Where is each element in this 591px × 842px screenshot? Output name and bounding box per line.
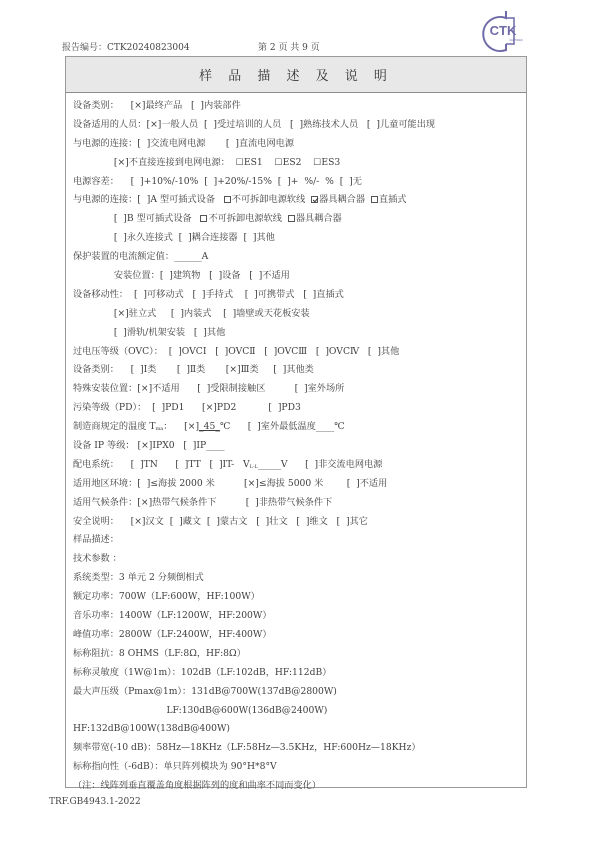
- checkbox-unchecked-icon: [200, 215, 207, 222]
- field-label: 保护装置的电流额定值：: [73, 251, 174, 262]
- row-ambient-temp: 制造商规定的温度 Tma： [×]_45_℃ [ ]室外最低温度____℃: [73, 418, 526, 437]
- report-number: 报告编号：CTK20240823004: [62, 40, 190, 53]
- row-prefix: 与电源的连接：[ ]A 型可插式设备: [73, 194, 224, 205]
- row-rated-power: 额定功率：700W（LF:600W，HF:100W）: [73, 588, 526, 607]
- row-mobility-2: [×]驻立式 [ ]内装式 [ ]墙壁或天花板安装: [73, 305, 526, 324]
- ctk-logo: CTK CERTIFIED: [480, 8, 530, 52]
- row-power-connection-type-b: [ ]B 型可插式设备 不可拆卸电源软线 器具耦合器: [73, 210, 526, 229]
- form-rows: 设备类别： [×]最终产品 [ ]内装部件 设备适用的人员：[×]一般人员 [ …: [66, 93, 526, 796]
- field-text: 配电系统： [ ]TN [ ]TT [ ]IT- V: [73, 459, 250, 470]
- svg-text:CERTIFIED: CERTIFIED: [509, 39, 522, 42]
- row-power-connection-permanent: [ ]永久连接式 [ ]耦合连接器 [ ]其他: [73, 229, 526, 248]
- section-title: 样 品 描 述 及 说 明: [66, 57, 526, 93]
- option-label: 器具耦合器: [319, 194, 371, 205]
- blank-field: ______: [174, 251, 202, 262]
- row-note: （注：线阵列垂直覆盖角度根据阵列的度和曲率不同而变化）: [73, 777, 526, 796]
- checkbox-unchecked-icon: [288, 215, 295, 222]
- row-peak-power: 峰值功率：2800W（LF:2400W，HF:400W）: [73, 626, 526, 645]
- row-altitude: 适用地区环境：[ ]≤海拔 2000 米 [×]≤海拔 5000 米 [ ]不适…: [73, 475, 526, 494]
- row-special-location: 特殊安装位置：[×]不适用 [ ]受限制接触区 [ ]室外场所: [73, 380, 526, 399]
- unit: ℃: [334, 421, 344, 432]
- subscript: L-L: [250, 464, 258, 470]
- row-equipment-class: 设备类别： [ ]Ⅰ类 [ ]Ⅱ类 [×]Ⅲ类 [ ]其他类: [73, 361, 526, 380]
- row-applicable-persons: 设备适用的人员：[×]一般人员 [ ]受过培训的人员 [ ]熟练技术人员 [ ]…: [73, 116, 526, 135]
- row-ip-rating: 设备 IP 等级： [×]IPX0 [ ]IP____: [73, 437, 526, 456]
- checkbox-unchecked-icon: [224, 196, 231, 203]
- row-power-connection-1: 与电源的连接：[ ]交流电网电源 [ ]直流电网电源: [73, 135, 526, 154]
- field-after: ℃ [ ]室外最低温度: [220, 421, 316, 432]
- page-indicator: 第 2 页 共 9 页: [258, 40, 320, 53]
- row-sample-description: 样品描述：: [73, 531, 526, 550]
- row-mobility-3: [ ]滑轨/机架安装 [ ]其他: [73, 324, 526, 343]
- option-label: 直插式: [379, 194, 407, 205]
- row-directivity: 标称指向性（-6dB）：单只阵列模块为 90°H*8°V: [73, 758, 526, 777]
- blank-field: ____: [316, 421, 334, 432]
- row-tech-params: 技术参数 ：: [73, 550, 526, 569]
- row-impedance: 标称阻抗：8 OHMS（LF:8Ω，HF:8Ω）: [73, 645, 526, 664]
- svg-text:CTK: CTK: [490, 23, 517, 38]
- option-label: 不可拆卸电源软线: [208, 213, 287, 224]
- row-device-category: 设备类别： [×]最终产品 [ ]内装部件: [73, 97, 526, 116]
- checkbox-checked-icon: [311, 196, 318, 203]
- row-max-spl-lf: LF:130dB@600W(136dB@2400W): [73, 702, 526, 721]
- field-label: 制造商规定的温度 T: [73, 421, 156, 432]
- sample-description-table: 样 品 描 述 及 说 明 设备类别： [×]最终产品 [ ]内装部件 设备适用…: [65, 56, 527, 788]
- row-music-power: 音乐功率：1400W（LF:1200W，HF:200W）: [73, 607, 526, 626]
- row-ovc: 过电压等级（OVC）： [ ]OVCⅠ [ ]OVCⅡ [ ]OVCⅢ [ ]O…: [73, 343, 526, 362]
- row-climate: 适用气候条件：[×]热带气候条件下 [ ]非热带气候条件下: [73, 494, 526, 513]
- field-after: V [ ]非交流电网电源: [281, 459, 382, 470]
- row-distribution-system: 配电系统： [ ]TN [ ]TT [ ]IT- VL-L_____V [ ]非…: [73, 456, 526, 475]
- option-label: 器具耦合器: [296, 213, 342, 224]
- row-install-location: 安装位置：[ ]建筑物 [ ]设备 [ ]不适用: [73, 267, 526, 286]
- option-label: 不可拆卸电源软线: [232, 194, 311, 205]
- blank-field: _____: [258, 459, 281, 470]
- row-mobility-1: 设备移动性： [ ]可移动式 [ ]手持式 [ ]可携带式 [ ]直插式: [73, 286, 526, 305]
- row-bandwidth: 频率带宽(-10 dB)：58Hz—18KHz（LF:58Hz—3.5KHz，H…: [73, 739, 526, 758]
- row-safety-language: 安全说明： [×]汉文 [ ]藏文 [ ]蒙古文 [ ]壮文 [ ]维文 [ ]…: [73, 513, 526, 532]
- row-prefix: [ ]B 型可插式设备: [73, 213, 200, 224]
- row-pollution-degree: 污染等级（PD）： [ ]PD1 [×]PD2 [ ]PD3: [73, 399, 526, 418]
- row-power-connection-type-a: 与电源的连接：[ ]A 型可插式设备 不可拆卸电源软线 器具耦合器 直插式: [73, 191, 526, 210]
- row-protection-rating: 保护装置的电流额定值：______A: [73, 248, 526, 267]
- field-text: 设备 IP 等级： [×]IPX0 [ ]IP: [73, 440, 206, 451]
- unit: A: [202, 251, 209, 262]
- row-system-type: 系统类型：3 单元 2 分频倒相式: [73, 569, 526, 588]
- field-mid: ： [×]: [163, 421, 199, 432]
- row-power-connection-2: [×]不直接连接到电网电源： ☐ES1 ☐ES2 ☐ES3: [73, 154, 526, 173]
- blank-field: ____: [206, 440, 224, 451]
- row-max-spl-hf: HF:132dB@100W(138dB@400W): [73, 720, 526, 739]
- row-max-spl: 最大声压级（Pmax@1m）：131dB@700W(137dB@2800W): [73, 683, 526, 702]
- checkbox-unchecked-icon: [371, 196, 378, 203]
- temp-value: _45_: [199, 421, 220, 432]
- row-sensitivity: 标称灵敏度（1W@1m）：102dB（LF:102dB，HF:112dB）: [73, 664, 526, 683]
- form-reference: TRF.GB4943.1-2022: [49, 797, 141, 807]
- row-power-tolerance: 电源容差： [ ]+10%/-10% [ ]+20%/-15% [ ]+ %/-…: [73, 173, 526, 192]
